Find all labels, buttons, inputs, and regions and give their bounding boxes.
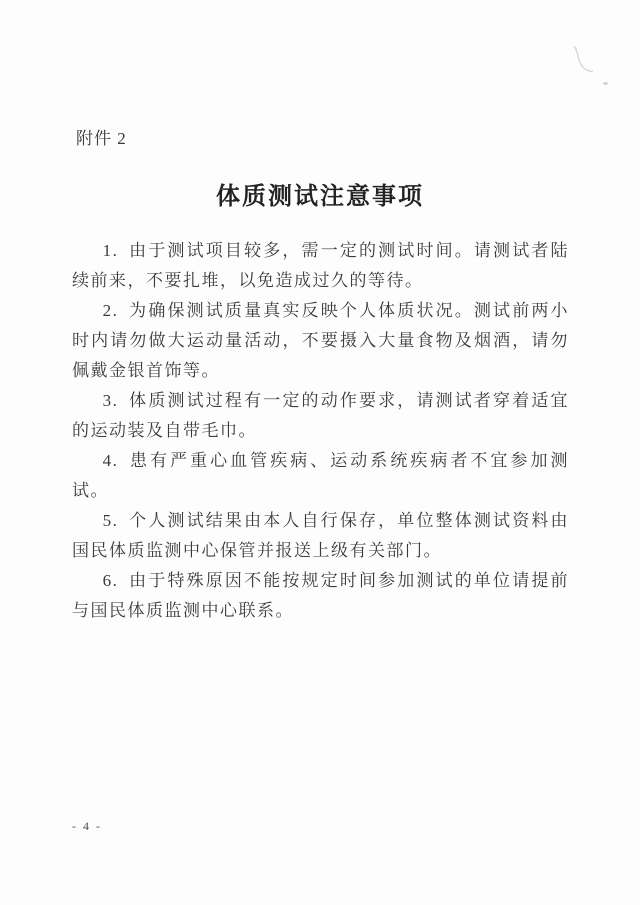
item-number: 2.: [103, 301, 119, 320]
scan-artifact: [603, 82, 608, 85]
item-number: 4.: [103, 451, 119, 470]
item-text: 体质测试过程有一定的动作要求，请测试者穿着适宜的运动装及自带毛巾。: [72, 391, 569, 440]
item-number: 5.: [103, 511, 119, 530]
item-text: 为确保测试质量真实反映个人体质状况。测试前两小时内请勿做大运动量活动，不要摄入大…: [72, 301, 569, 380]
list-item: 1.由于测试项目较多，需一定的测试时间。请测试者陆续前来，不要扎堆，以免造成过久…: [72, 236, 569, 296]
list-item: 3.体质测试过程有一定的动作要求，请测试者穿着适宜的运动装及自带毛巾。: [72, 386, 569, 446]
page-title: 体质测试注意事项: [0, 176, 640, 211]
list-item: 4.患有严重心血管疾病、运动系统疾病者不宜参加测试。: [72, 446, 569, 506]
item-text: 患有严重心血管疾病、运动系统疾病者不宜参加测试。: [72, 451, 569, 500]
item-number: 3.: [103, 391, 119, 410]
scan-artifact: [570, 44, 596, 78]
item-text: 个人测试结果由本人自行保存，单位整体测试资料由国民体质监测中心保管并报送上级有关…: [72, 511, 569, 560]
item-number: 6.: [103, 571, 119, 590]
page-number: - 4 -: [72, 819, 102, 834]
item-number: 1.: [103, 241, 119, 260]
list-item: 6.由于特殊原因不能按规定时间参加测试的单位请提前与国民体质监测中心联系。: [72, 566, 569, 626]
list-item: 5.个人测试结果由本人自行保存，单位整体测试资料由国民体质监测中心保管并报送上级…: [72, 506, 569, 566]
attachment-label: 附件 2: [76, 124, 127, 149]
item-text: 由于测试项目较多，需一定的测试时间。请测试者陆续前来，不要扎堆，以免造成过久的等…: [72, 241, 569, 290]
list-item: 2.为确保测试质量真实反映个人体质状况。测试前两小时内请勿做大运动量活动，不要摄…: [72, 296, 569, 386]
document-body: 1.由于测试项目较多，需一定的测试时间。请测试者陆续前来，不要扎堆，以免造成过久…: [72, 236, 569, 626]
item-text: 由于特殊原因不能按规定时间参加测试的单位请提前与国民体质监测中心联系。: [72, 571, 569, 620]
document-page: 附件 2 体质测试注意事项 1.由于测试项目较多，需一定的测试时间。请测试者陆续…: [0, 0, 640, 905]
